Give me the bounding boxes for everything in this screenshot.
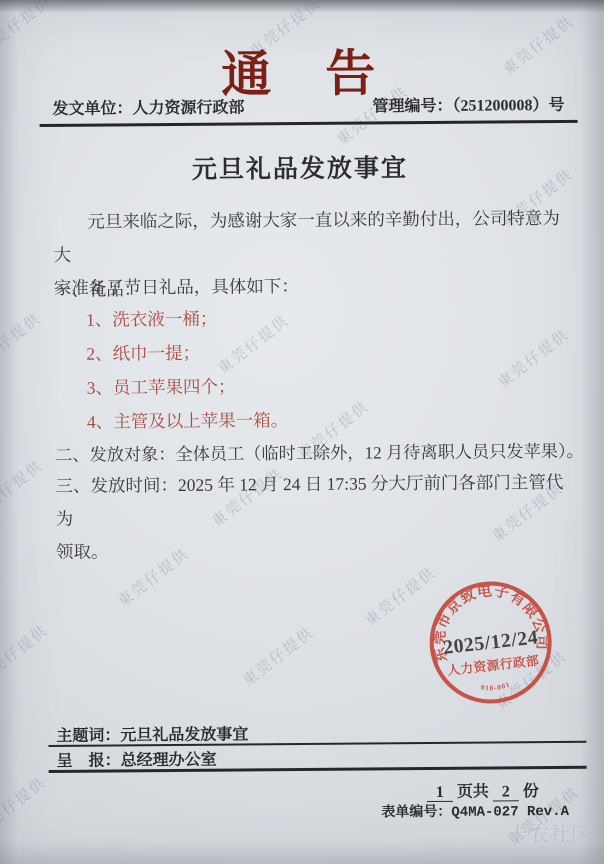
community-watermark: 卡农社区 [508, 818, 592, 847]
keywords-value: 元旦礼品发放事宜 [120, 726, 248, 744]
keywords-label: 主题词： [56, 727, 120, 745]
page-current: 1 [427, 784, 453, 802]
header-meta-row: 发文单位：人力资源行政部 管理编号：（251200008）号 [52, 92, 564, 119]
company-seal: 东莞市京致电子有限公司 2025/12/24 人力资源行政部 018-001 [421, 573, 560, 712]
keywords-row: 主题词：元旦礼品发放事宜 [48, 719, 586, 747]
notice-subject-title: 元旦礼品发放事宜 [0, 147, 602, 188]
header-divider [40, 120, 578, 127]
notice-document: 通 告 发文单位：人力资源行政部 管理编号：（251200008）号 元旦礼品发… [0, 0, 604, 864]
gift-item-4: 4、主管及以上苹果一箱。 [87, 403, 289, 439]
photographed-notice-page: 東莞仔提供 東莞仔提供 東莞仔提供 東莞仔提供 東莞仔提供 東莞仔提供 東莞仔提… [0, 0, 604, 864]
seal-serial-text: 018-001 [479, 680, 511, 694]
page-count-label: 页共 [457, 784, 489, 801]
report-row: 呈 报：总经理办公室 [48, 744, 586, 773]
section-time: 三、发放时间：2025 年 12 月 24 日 17:35 分大厅前门各部门主管… [55, 466, 572, 569]
report-value: 总经理办公室 [121, 752, 217, 770]
section-time-line-2: 领取。 [56, 532, 572, 569]
gift-item-2: 2、纸巾一提； [86, 335, 288, 371]
page-unit-label: 份 [523, 783, 539, 800]
gift-item-1: 1、洗衣液一桶； [86, 301, 288, 337]
seal-serial-arc: 018-001 [479, 680, 511, 694]
seal-date-stamp: 2025/12/24 [442, 626, 539, 659]
form-number-label: 表单编号： [381, 805, 451, 821]
section-time-line-1: 三、发放时间：2025 年 12 月 24 日 17:35 分大厅前门各部门主管… [55, 466, 572, 536]
doc-number: 管理编号：（251200008）号 [372, 92, 564, 117]
form-number-row: 表单编号：Q4MA-027 Rev.A [3, 800, 569, 824]
page-count-row: 1 页共 2 份 [423, 778, 543, 802]
gift-list: 1、洗衣液一桶； 2、纸巾一提； 3、员工苹果四个； 4、主管及以上苹果一箱。 [86, 301, 288, 439]
intro-line-1: 元旦来临之际，为感谢大家一直以来的辛勤付出，公司特意为大 [53, 202, 568, 272]
issuer-unit: 发文单位：人力资源行政部 [52, 94, 244, 119]
report-label: 呈 报： [57, 752, 121, 770]
page-total: 2 [493, 783, 519, 801]
gift-item-3: 3、员工苹果四个； [87, 369, 289, 405]
